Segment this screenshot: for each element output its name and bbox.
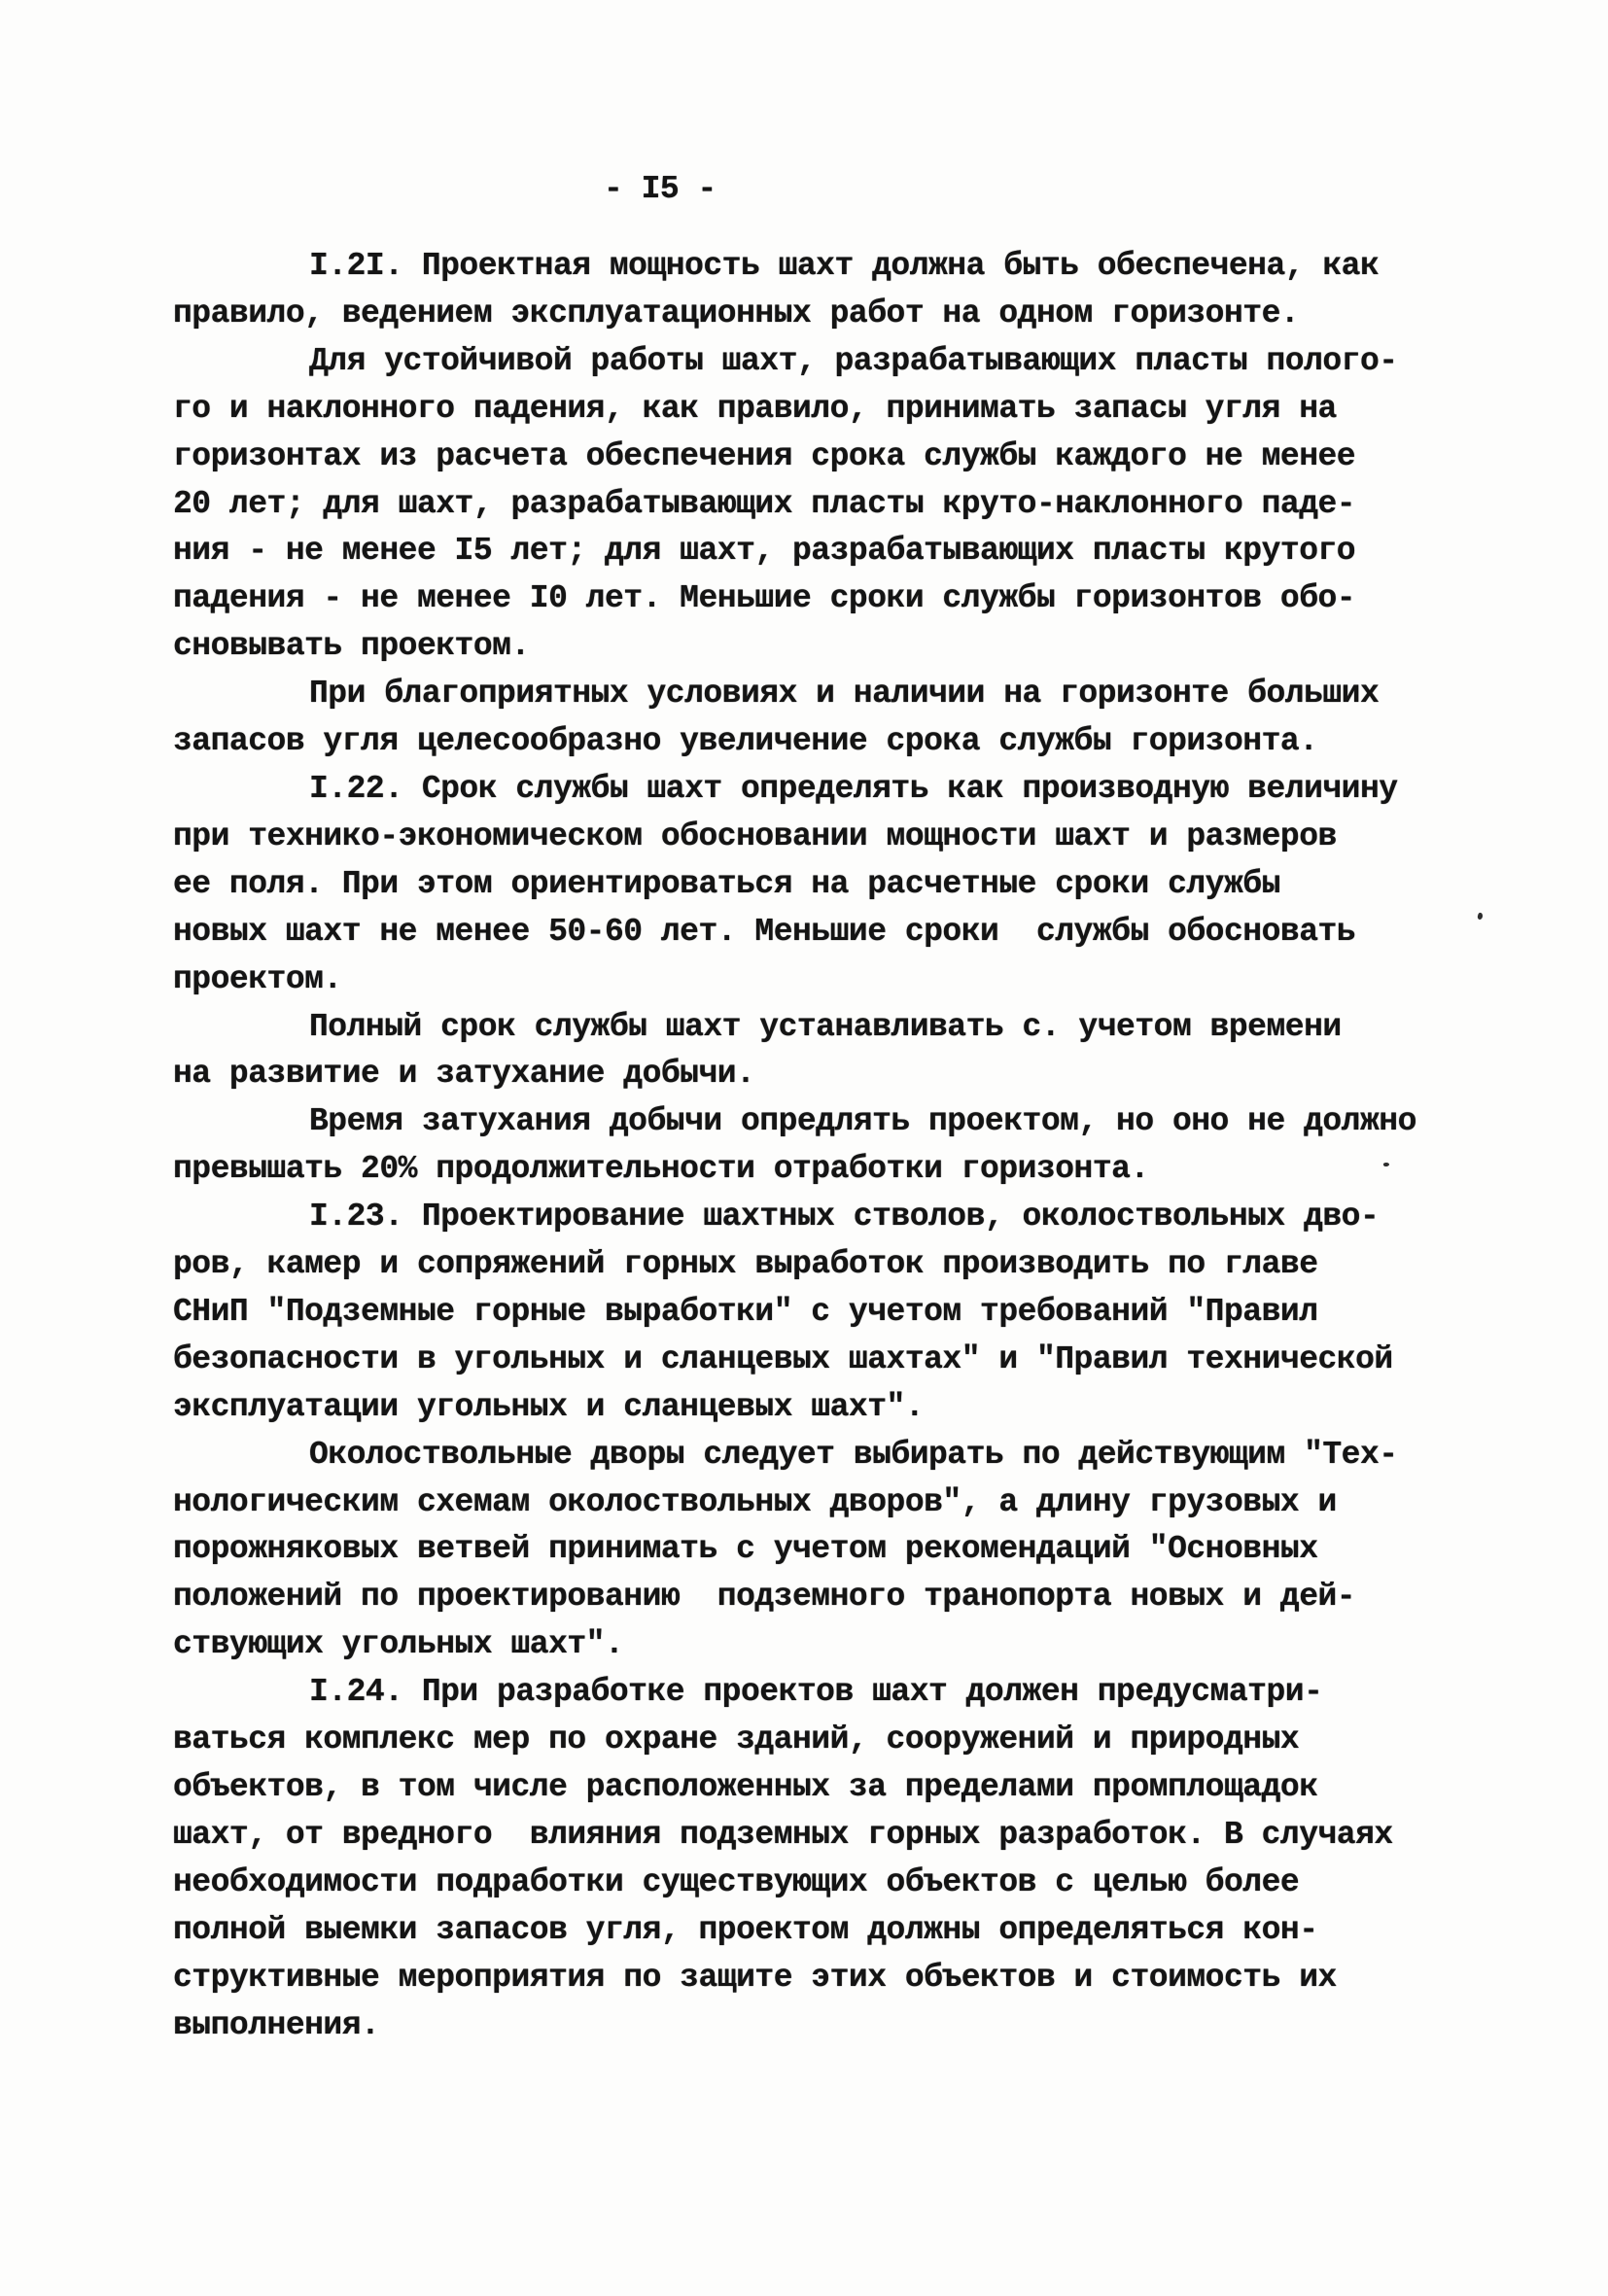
page-number: - I5 - xyxy=(604,171,717,207)
text-line: Для устойчивой работы шахт, разрабатываю… xyxy=(173,338,1466,386)
text-line: полной выемки запасов угля, проектом дол… xyxy=(173,1907,1466,1955)
text-line: нологическим схемам околоствольных дворо… xyxy=(173,1479,1466,1527)
text-line: необходимости подработки существующих об… xyxy=(173,1860,1466,1907)
text-line: положений по проектированию подземного т… xyxy=(173,1574,1466,1621)
text-line: объектов, в том числе расположенных за п… xyxy=(173,1764,1466,1812)
text-line: ния - не менее I5 лет; для шахт, разраба… xyxy=(173,528,1466,575)
text-line: шахт, от вредного влияния подземных горн… xyxy=(173,1812,1466,1860)
text-line: ваться комплекс мер по охране зданий, со… xyxy=(173,1717,1466,1764)
text-line: правило, ведением эксплуатационных работ… xyxy=(173,291,1466,338)
text-line: I.2I. Проектная мощность шахт должна быт… xyxy=(173,243,1466,291)
text-line: Время затухания добычи опредлять проекто… xyxy=(173,1098,1466,1146)
text-line: При благоприятных условиях и наличии на … xyxy=(173,671,1466,718)
document-body: I.2I. Проектная мощность шахт должна быт… xyxy=(173,243,1466,2049)
text-line: сновывать проектом. xyxy=(173,623,1466,671)
text-line: го и наклонного падения, как правило, пр… xyxy=(173,386,1466,434)
text-line: запасов угля целесообразно увеличение ср… xyxy=(173,718,1466,766)
text-line: 20 лет; для шахт, разрабатывающих пласты… xyxy=(173,481,1466,529)
scanned-document-page: - I5 - I.2I. Проектная мощность шахт дол… xyxy=(0,0,1608,2296)
text-line: I.23. Проектирование шахтных стволов, ок… xyxy=(173,1194,1466,1241)
text-line: ствующих угольных шахт". xyxy=(173,1621,1466,1669)
text-line: проектом. xyxy=(173,957,1466,1004)
text-line: падения - не менее I0 лет. Меньшие сроки… xyxy=(173,575,1466,623)
text-line: при технико-экономическом обосновании мо… xyxy=(173,814,1466,861)
text-line: Околоствольные дворы следует выбирать по… xyxy=(173,1432,1466,1479)
text-line: Полный срок службы шахт устанавливать с.… xyxy=(173,1004,1466,1052)
scan-speck xyxy=(1477,912,1484,920)
text-line: СНиП "Подземные горные выработки" с учет… xyxy=(173,1289,1466,1337)
text-line: структивные мероприятия по защите этих о… xyxy=(173,1955,1466,2002)
text-line: горизонтах из расчета обеспечения срока … xyxy=(173,434,1466,481)
text-line: эксплуатации угольных и сланцевых шахт". xyxy=(173,1384,1466,1432)
text-line: порожняковых ветвей принимать с учетом р… xyxy=(173,1526,1466,1574)
text-line: выполнения. xyxy=(173,2002,1466,2050)
text-line: ров, камер и сопряжений горных выработок… xyxy=(173,1241,1466,1289)
text-line: I.24. При разработке проектов шахт долже… xyxy=(173,1669,1466,1717)
text-line: на развитие и затухание добычи. xyxy=(173,1051,1466,1098)
text-line: безопасности в угольных и сланцевых шахт… xyxy=(173,1337,1466,1384)
text-line: новых шахт не менее 50-60 лет. Меньшие с… xyxy=(173,909,1466,957)
text-line: I.22. Срок службы шахт определять как пр… xyxy=(173,766,1466,814)
text-line: ее поля. При этом ориентироваться на рас… xyxy=(173,861,1466,909)
text-line: превышать 20% продолжительности отработк… xyxy=(173,1146,1466,1194)
